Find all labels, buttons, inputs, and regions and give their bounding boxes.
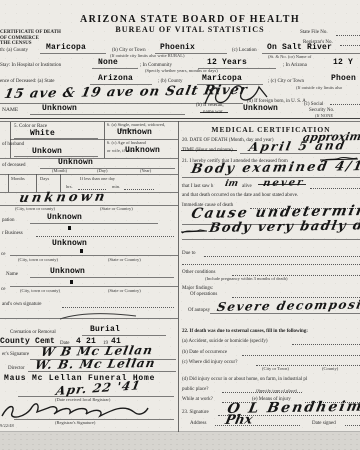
occupation-label: pation	[2, 218, 15, 223]
autopsy-handwriting: Severe decomposition	[216, 298, 360, 313]
mother-name-label: Name	[6, 272, 18, 277]
rule-line	[30, 223, 158, 224]
while-at-work-label: While at work?	[182, 397, 213, 402]
residence-state-label: ence of Deceased: (a) State	[0, 79, 54, 84]
funeral-director-label: Director	[8, 366, 25, 371]
date-occurrence-label: (b) Date of occurrence	[182, 350, 227, 355]
rule-line	[30, 277, 174, 278]
rule-line	[14, 138, 98, 139]
location-value: On Salt River	[267, 44, 332, 52]
veteran-label: (b) If veteran,	[196, 103, 224, 108]
rule-line	[124, 189, 154, 190]
injury-home-farm-label: (d) Did injury occur in or about home, o…	[182, 377, 307, 382]
location-note: (St. & No. (or) Name of	[268, 55, 311, 60]
badly-decomposed-handwriting: Body very badly dec	[208, 219, 360, 235]
injury-county-note: (County)	[322, 367, 338, 372]
column-divider-line	[178, 121, 179, 432]
husband-name-label: of husband	[2, 142, 24, 147]
operations-label: Of operations	[190, 292, 217, 297]
form-code: 9/22/48	[0, 424, 14, 429]
physician-signature-label: 23. Signature	[182, 410, 209, 415]
where-injury-label: (c) Where did injury occur?	[182, 360, 237, 365]
ink-mark	[70, 280, 73, 284]
birthdate-day-note: (Day)	[97, 169, 108, 174]
mother-name-value: Unknown	[50, 268, 85, 276]
census-label: THE CENSUS	[0, 41, 32, 46]
rule-line	[182, 264, 360, 265]
external-causes-label: 22. If death was due to external causes,…	[182, 329, 308, 334]
age-min-label: min.	[112, 185, 120, 190]
county-value: Maricopa	[46, 44, 86, 52]
birthplace-label-fragment: ce	[1, 287, 5, 292]
informant-pen-stroke-handwriting	[58, 310, 138, 322]
rule-line	[336, 35, 360, 36]
ink-mark	[68, 226, 71, 230]
residence-city-value: Phoen	[331, 75, 356, 83]
rule-line	[204, 256, 360, 257]
rule-line	[210, 313, 360, 314]
alive-label: alive	[242, 184, 252, 189]
rule-line	[215, 425, 300, 426]
section-divider-line	[0, 118, 360, 119]
ssn-label: (c) Social	[304, 102, 323, 107]
spouse-age-value: Unknown	[125, 147, 160, 155]
age-less-than-day-note: If less than one day	[80, 177, 115, 182]
stay-value: None	[98, 59, 118, 67]
funeral-signature-label: er's Signature	[2, 352, 29, 357]
public-place-label: public place?	[182, 387, 209, 392]
rule-line	[0, 318, 178, 319]
box-border-line	[104, 122, 105, 158]
box-border-line	[36, 174, 37, 192]
birthplace-city-note: (City, town or county)	[15, 207, 55, 212]
rule-line	[240, 153, 360, 154]
arizona-value: 12 Y	[333, 59, 353, 67]
informant-signature-label: and's own signature	[2, 302, 42, 307]
city-note: (If outside city limits also write RURAL…	[110, 54, 185, 59]
marital-value: Unknown	[117, 129, 152, 137]
address-label: Address	[190, 421, 206, 426]
last-saw-label: that I last saw h	[182, 184, 213, 189]
rule-line	[36, 236, 174, 237]
death-certificate-document: ARIZONA STATE BOARD OF HEALTH BUREAU OF …	[0, 0, 360, 450]
box-border-line	[0, 174, 178, 175]
residence-city-note: (If outside city limits also	[296, 86, 342, 91]
birthplace-handwriting: unknown	[18, 190, 109, 205]
birthdate-value: Unknown	[58, 159, 93, 167]
county-label: th: (a) County	[0, 48, 28, 53]
scan-background-band	[0, 432, 360, 450]
rule-line	[10, 286, 178, 287]
registrar-signature-label: (Registrar's Signature)	[55, 421, 95, 426]
birthdate-month-note: (Month)	[52, 169, 67, 174]
age-months-label: Months	[11, 177, 25, 182]
rule-line	[14, 156, 98, 157]
section-divider-line	[0, 121, 360, 122]
pregnancy-note: (Include pregnancy within 3 months of de…	[205, 277, 287, 282]
name-value: Unknown	[42, 105, 77, 113]
birthplace-state-note: (State or Country)	[100, 207, 133, 212]
birthdate-year-note: (Year)	[140, 169, 151, 174]
arizona-label: ; In Arizona	[283, 63, 307, 68]
due-to-label: Due to	[182, 251, 195, 256]
strike-line	[200, 112, 228, 113]
veteran-value: Unknown	[243, 105, 278, 113]
birthdate-label: of deceased	[2, 163, 25, 168]
rule-line	[40, 53, 106, 54]
husband-name-value: Unkown	[32, 148, 62, 156]
burial-type-value: Burial	[90, 326, 120, 334]
rule-line	[182, 239, 360, 240]
rule-line	[330, 104, 360, 105]
rule-line	[310, 188, 360, 189]
autopsy-label: Of autopsy	[188, 308, 210, 313]
major-findings-label: Major findings:	[182, 286, 213, 291]
mother-birthplace-state-note: (State or Country)	[108, 289, 141, 294]
type-of-place-note: (Specify type of place)	[256, 389, 297, 394]
birthplace-label-fragment: ce	[1, 252, 5, 257]
rule-line	[30, 114, 185, 115]
rule-line	[62, 307, 174, 308]
box-border-line	[8, 174, 9, 192]
box-border-line	[10, 122, 11, 158]
board-title: ARIZONA STATE BOARD OF HEALTH	[20, 15, 360, 25]
funeral-director-handwriting: W. B. Mc Lellan	[34, 357, 157, 371]
rule-line	[292, 344, 360, 345]
him-handwriting: im	[224, 180, 239, 189]
death-occurred-label: and that death occurred on the date and …	[182, 193, 298, 198]
occupation-value: Unknown	[47, 214, 82, 222]
father-birthplace-state-note: (State or Country)	[108, 258, 141, 263]
residence-state-value: Arizona	[98, 75, 133, 83]
mother-birthplace-city-note: (City, town or county)	[20, 289, 60, 294]
body-examined-handwriting: Body examined 4/1	[190, 160, 360, 176]
community-value: 12 Years	[207, 59, 247, 67]
state-file-no-label: State File No.	[300, 30, 328, 35]
accident-suicide-label: (a) Accident, suicide or homicide (speci…	[182, 339, 268, 344]
location-label: (c) Location	[232, 48, 257, 53]
certificate-of-death-label: CERTIFICATE OF DEATH	[0, 30, 61, 35]
stay-label: Stay: In Hospital or Institution	[0, 63, 61, 68]
industry-label: r Business	[2, 231, 23, 236]
injury-city-note: (City or Town)	[262, 367, 289, 372]
date-signed-label: Date signed	[312, 421, 336, 426]
rule-line	[345, 425, 360, 426]
father-birthplace-city-note: (City, town or county)	[18, 258, 58, 263]
rule-line	[82, 335, 166, 336]
community-note: (Specify whether years, months or days)	[145, 69, 218, 74]
ink-mark	[80, 249, 83, 253]
rule-line	[340, 45, 360, 46]
rule-line	[28, 371, 176, 372]
marital-label: 6. (a) Single, married, widowed,	[107, 123, 165, 128]
age-hrs-label: hrs.	[66, 185, 73, 190]
spouse-age-label: 6. (c) Age of husband	[107, 141, 146, 146]
struck-scrawl-handwriting	[181, 226, 207, 236]
city-value: Phoenix	[160, 44, 195, 52]
strike-line	[258, 184, 306, 185]
rule-line	[242, 355, 360, 356]
residence-city-label: ; (c) City or Town	[268, 79, 304, 84]
box-border-line	[10, 139, 178, 140]
burial-type-label: Cremation or Removal	[10, 330, 56, 335]
other-conditions-label: Other conditions	[182, 270, 215, 275]
age-days-label: Days	[40, 177, 49, 182]
residence-county-value: Maricopa	[202, 75, 242, 83]
father-birthplace-value: Unknown	[52, 240, 87, 248]
date-of-death-handwriting-2: April 5 and	[248, 139, 347, 153]
rule-line	[92, 68, 138, 69]
name-label: NAME	[2, 108, 18, 114]
strike-line	[181, 150, 237, 151]
rule-line	[10, 255, 178, 256]
